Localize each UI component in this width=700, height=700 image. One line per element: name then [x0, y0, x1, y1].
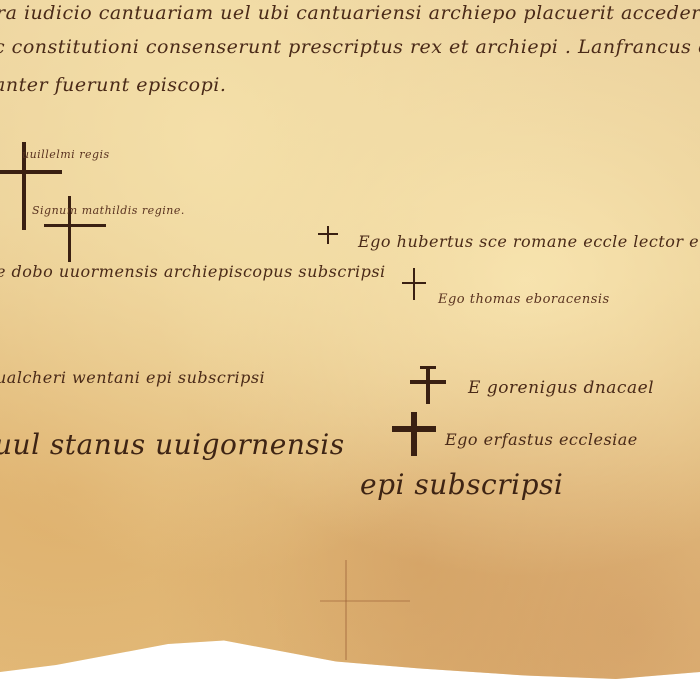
- text-line-subscripsi: epi subscripsi: [360, 468, 563, 501]
- signum-king-label: uuillelmi regis: [22, 148, 110, 161]
- cross-signature-icon: [318, 226, 338, 246]
- text-line-2: c constitutioni consenserunt prescriptus…: [0, 36, 700, 58]
- text-line-wulfstan: uul stanus uuigornensis: [0, 428, 345, 461]
- cross-signature-icon: [402, 268, 426, 302]
- text-line-gorenigus: E gorenigus dnacael: [468, 378, 654, 398]
- faint-drypoint-cross: [345, 560, 347, 660]
- text-line-1: ra iudicio cantuariam uel ubi cantuarien…: [0, 2, 700, 24]
- text-line-9: ualcheri wentani epi subscripsi: [0, 368, 265, 387]
- signum-queen-label: Signum mathildis regine.: [32, 204, 185, 217]
- cross-signature-icon: [408, 366, 448, 406]
- text-line-thomas: Ego thomas eboracensis: [438, 292, 610, 307]
- parchment-page: ra iudicio cantuariam uel ubi cantuarien…: [0, 0, 700, 700]
- text-line-erfastus: Ego erfastus ecclesiae: [445, 430, 638, 449]
- cross-signature-icon: [392, 412, 438, 458]
- text-line-7: e dobo uuormensis archiepiscopus subscri…: [0, 262, 386, 281]
- text-line-hubertus: Ego hubertus sce romane eccle lector et …: [358, 232, 700, 251]
- faint-drypoint-cross-bar: [320, 600, 410, 602]
- text-line-3: anter fuerunt episcopi.: [0, 74, 226, 96]
